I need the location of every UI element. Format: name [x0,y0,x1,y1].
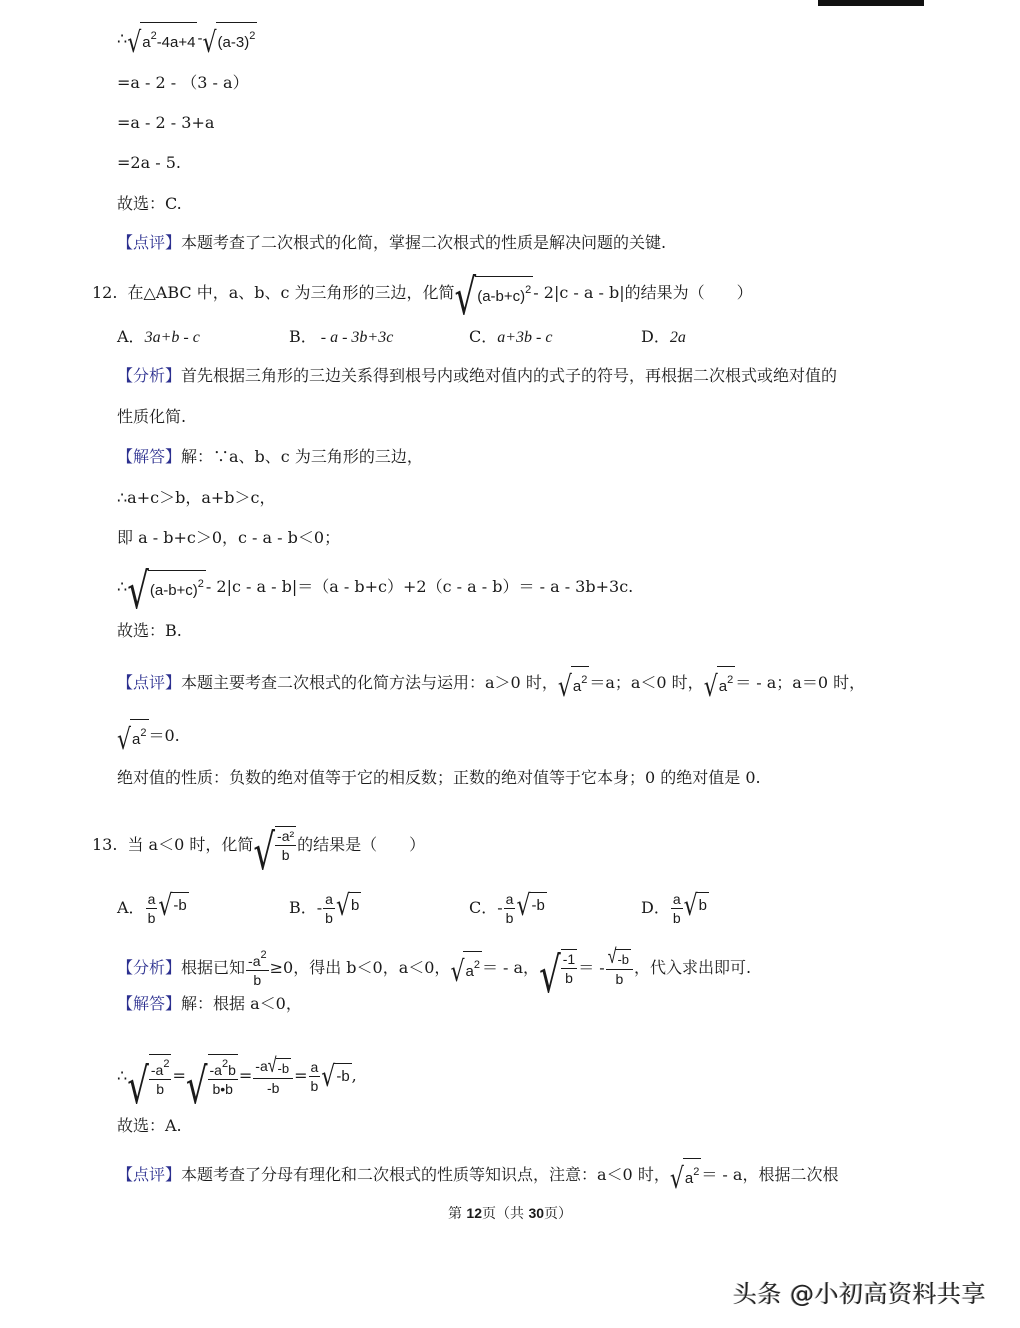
sqrt-expression: √(a-b+c)2 [127,570,206,603]
review-text: 本题考查了二次根式的化简，掌握二次根式的性质是解决问题的关键. [181,231,666,255]
q12-options: A．3a+b - c B． - a - 3b+3c C．a+3b - c D．2… [117,325,686,350]
q12-solution-final: ∴ √(a-b+c)2 - 2|c - a - b|＝（a - b+c）+2（c… [117,570,633,603]
therefore-symbol: ∴ [117,27,127,51]
total-pages: 30 [528,1205,544,1221]
q13-analysis: 【分析】 根据已知 -a2b ≥0，得出 b＜0，a＜0， √a2 ＝ - a，… [117,946,751,989]
analysis-label: 【分析】 [117,956,181,980]
q11-step-2: =a - 2 - （3 - a） [117,71,249,95]
sqrt-a-squared: √a2 [117,719,149,752]
question-number: 12. [92,281,117,305]
option-b[interactable]: B．-ab√b [289,890,469,927]
q12-solution-step-2: 即 a - b+c＞0，c - a - b＜0； [117,526,340,550]
q12-analysis-cont: 性质化简. [117,405,186,429]
sqrt-a-squared: √a2 [450,951,482,984]
sqrt-a-squared: √a2 [558,666,590,699]
option-c[interactable]: C．-ab√-b [469,890,641,927]
review-label: 【点评】 [117,231,181,255]
q13-solution: 【解答】 解：根据 a＜0， [117,992,302,1016]
solution-label: 【解答】 [117,992,181,1016]
solution-label: 【解答】 [117,445,181,469]
question-number: 13. [92,833,117,857]
sqrt-a-squared: √a2 [704,666,736,699]
analysis-label: 【分析】 [117,364,181,388]
q11-step-4: =2a - 5. [117,151,181,175]
watermark: 头条 @小初高资料共享 [733,1274,986,1309]
q13-solution-final: ∴ √-a2b = √-a2bb•b = -a√-b-b = ab √-b, [117,1054,357,1098]
question-stem-pre: 在△ABC 中，a、b、c 为三角形的三边，化简 [127,281,454,305]
sqrt-fraction: √-1b [539,949,578,987]
q12-review-abs: 绝对值的性质：负数的绝对值等于它的相反数；正数的绝对值等于它本身；0 的绝对值是… [117,766,761,790]
option-a[interactable]: A．ab√-b [117,890,289,927]
option-d[interactable]: D．ab√b [641,890,709,927]
review-label: 【点评】 [117,671,181,695]
sqrt-expression: √(a-3)2 [202,22,257,55]
q12-solution: 【解答】 解：∵a、b、c 为三角形的三边， [117,445,423,469]
sqrt-expression: √(a-b+c)2 [455,276,534,309]
option-c[interactable]: C．a+3b - c [469,325,641,350]
q12-review: 【点评】 本题主要考查二次根式的化简方法与运用：a＞0 时， √a2 ＝a；a＜… [117,666,865,699]
q12-review-cont: √a2 ＝0. [117,719,180,752]
option-b[interactable]: B． - a - 3b+3c [289,325,469,350]
q12-analysis: 【分析】 首先根据三角形的三边关系得到根号内或绝对值内的式子的符号，再根据二次根… [117,364,837,388]
q11-answer: 故选：C. [117,192,182,216]
option-d[interactable]: D．2a [641,325,686,350]
qr-code-fragment [818,0,924,6]
q12-stem: 12. 在△ABC 中，a、b、c 为三角形的三边，化简 √(a-b+c)2 -… [92,276,753,309]
sqrt-fraction: √-a²b [253,826,297,864]
option-a[interactable]: A．3a+b - c [117,325,289,350]
page-footer: 第 12页（共 30页） [0,1203,1020,1223]
q11-step-3: =a - 2 - 3+a [117,111,214,135]
review-label: 【点评】 [117,1163,181,1187]
current-page: 12 [466,1205,482,1221]
sqrt-a-squared: √a2 [670,1158,702,1191]
analysis-text: 首先根据三角形的三边关系得到根号内或绝对值内的式子的符号，再根据二次根式或绝对值… [181,364,837,388]
q12-solution-step-1: ∴a+c＞b，a+b＞c， [117,486,275,510]
q13-stem: 13. 当 a＜0 时，化简 √-a²b 的结果是（ ） [92,826,425,864]
q12-answer: 故选：B. [117,619,182,643]
q11-step-1: ∴ √a2-4a+4 - √(a-3)2 [117,22,257,55]
q11-review: 【点评】 本题考查了二次根式的化简，掌握二次根式的性质是解决问题的关键. [117,231,666,255]
sqrt-expression: √a2-4a+4 [127,22,197,55]
solution-text: 解：∵a、b、c 为三角形的三边， [181,445,423,469]
question-stem-post: - 2|c - a - b|的结果为（ ） [533,281,752,305]
q13-review: 【点评】 本题考查了分母有理化和二次根式的性质等知识点，注意：a＜0 时， √a… [117,1158,838,1191]
q13-options: A．ab√-b B．-ab√b C．-ab√-b D．ab√b [117,890,709,927]
q13-answer: 故选：A. [117,1114,182,1138]
